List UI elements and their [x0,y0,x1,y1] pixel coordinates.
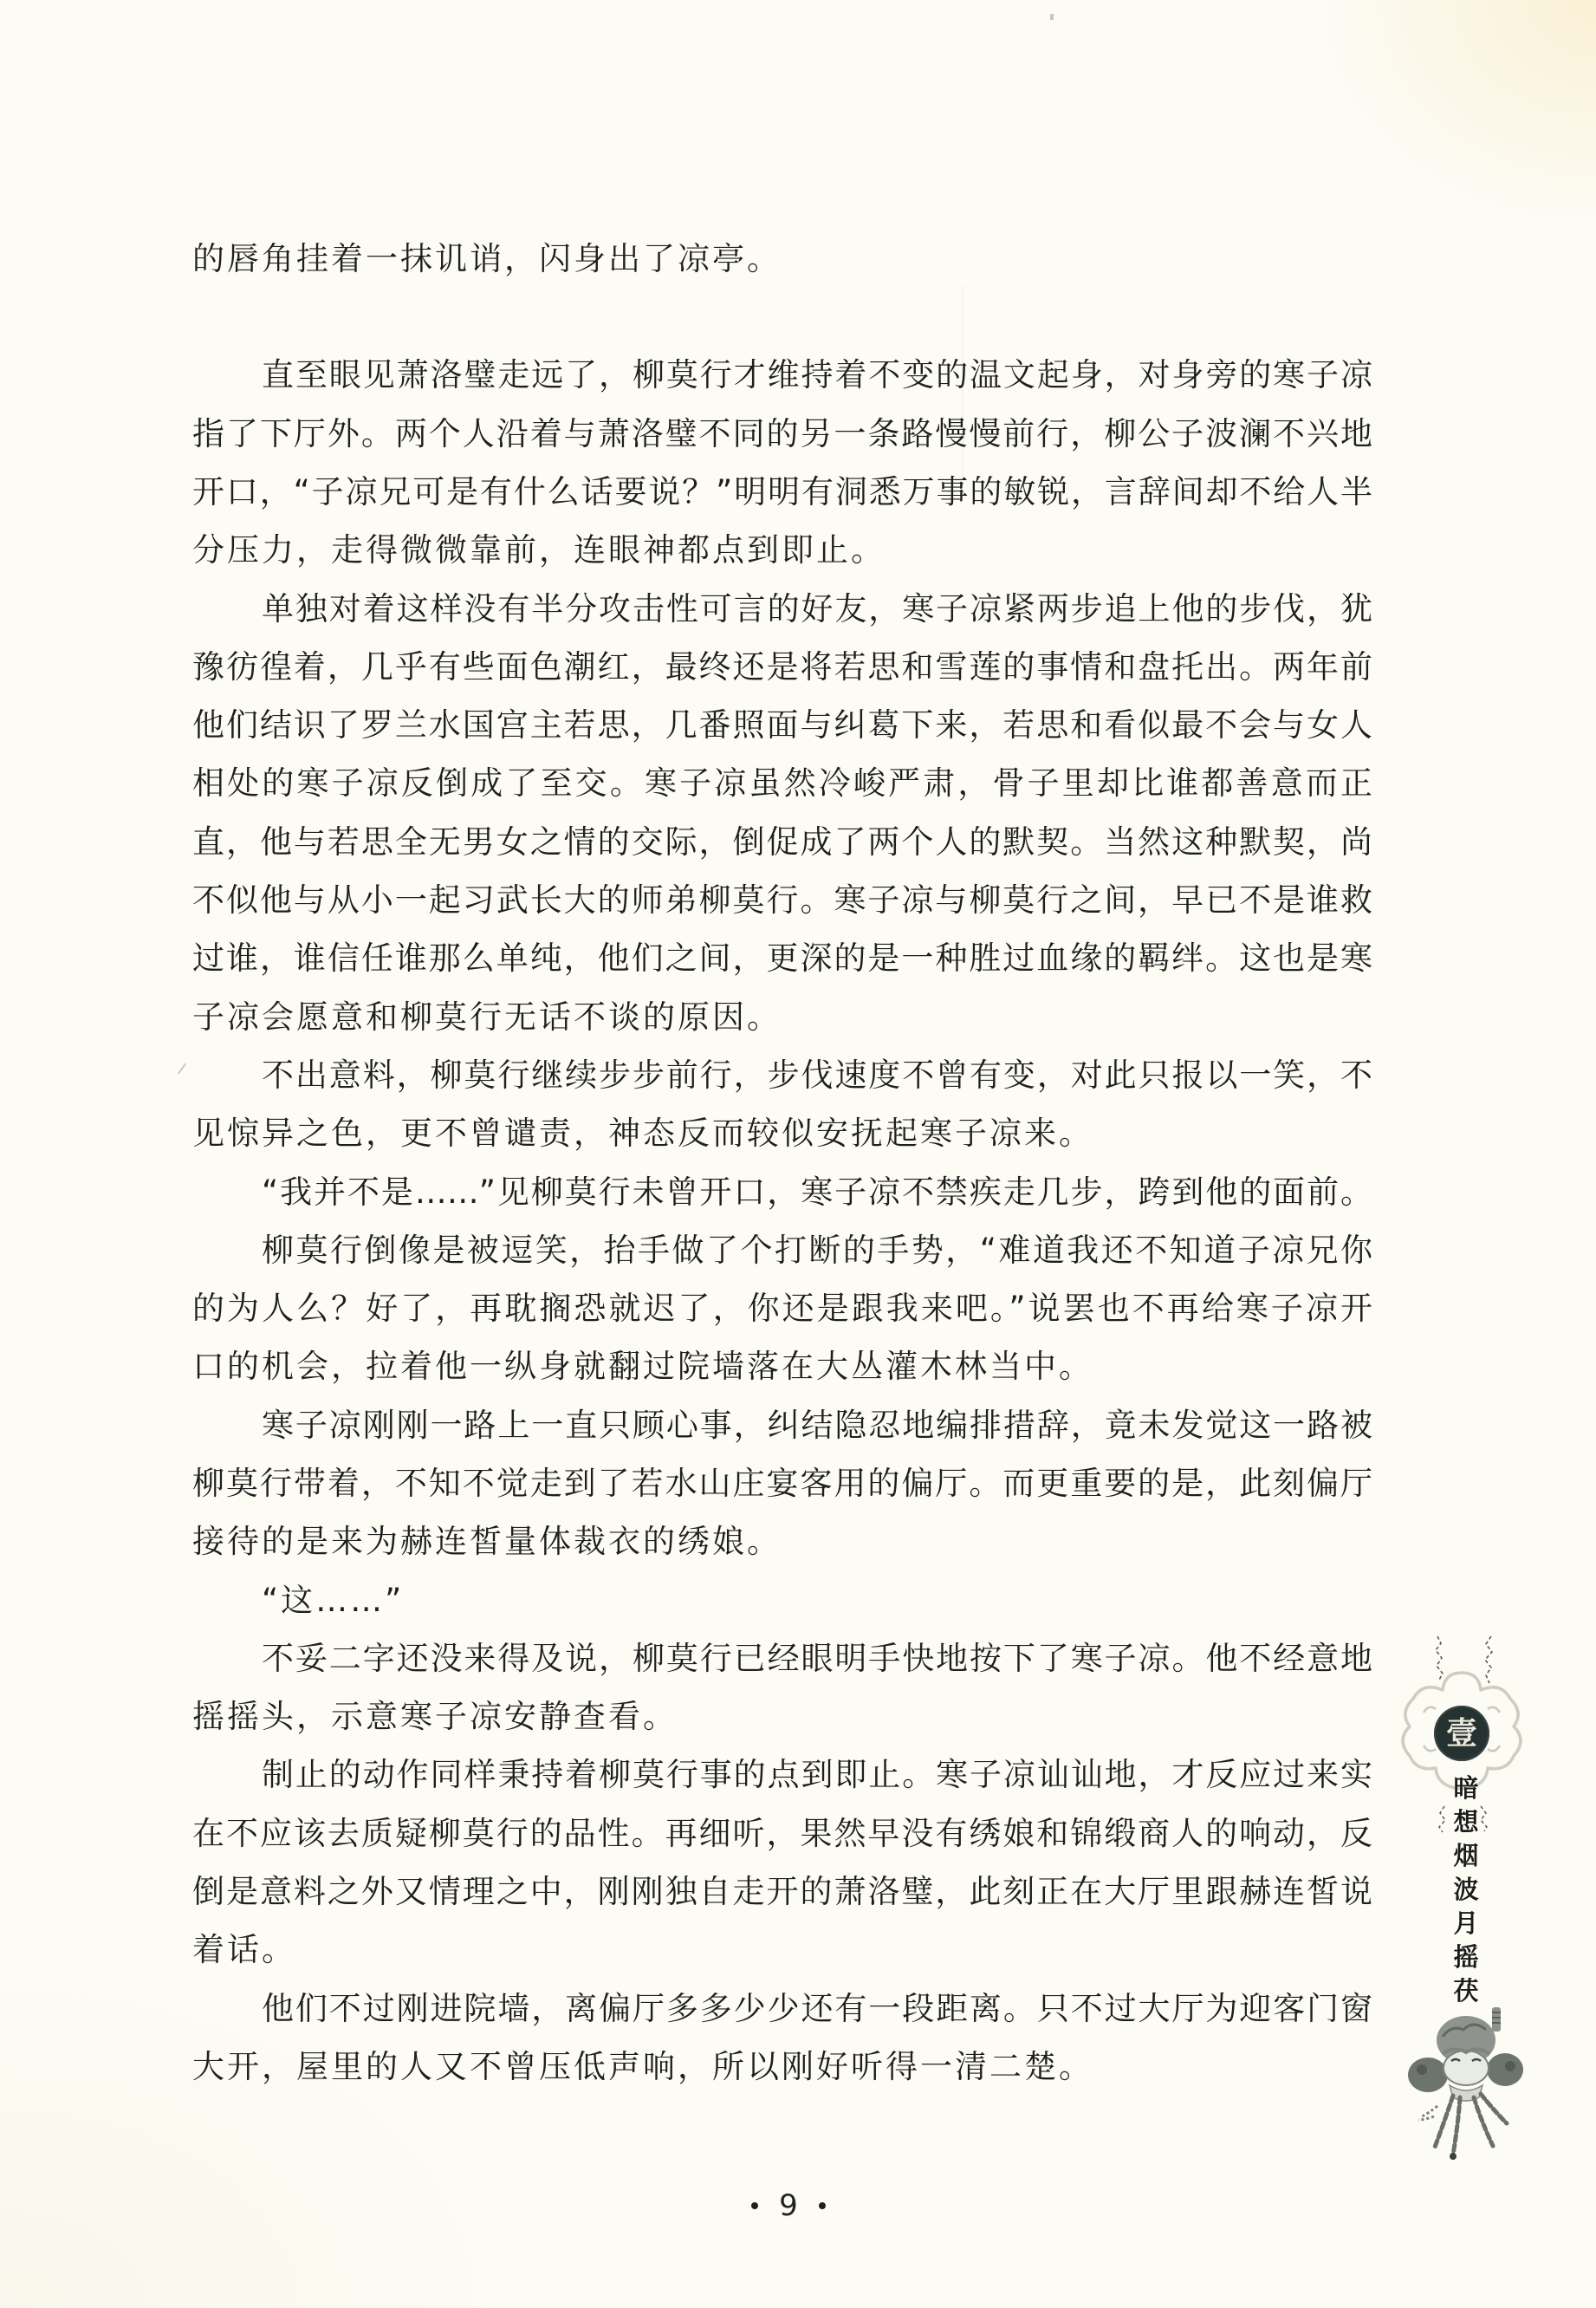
text-line: 着话。 [192,1921,1372,1979]
paragraph-gap [192,288,1372,346]
paragraph: 不妥二字还没来得及说，柳莫行已经眼明手快地按下了寒子凉。他不经意地 摇摇头，示意… [192,1629,1372,1746]
text-line: “我并不是……”见柳莫行未曾开口，寒子凉不禁疾走几步，跨到他的面前。 [192,1163,1372,1221]
title-char: 暗 [1448,1772,1484,1805]
text-line: 倒是意料之外又情理之中，刚刚独自走开的萧洛璧，此刻正在大厅里跟赫连皙说 [192,1863,1372,1921]
scan-speck [1050,14,1054,20]
text-line: 接待的是来为赫连皙量体裁衣的绣娘。 [192,1512,1372,1570]
paragraph: 柳莫行倒像是被逗笑，抬手做了个打断的手势，“难道我还不知道子凉兄你 的为人么？好… [192,1221,1372,1396]
book-title-vertical: 暗 想 烟 波 月 摇 茯 [1448,1772,1484,2008]
page-number: 9 [736,2184,840,2227]
text-line: 不出意料，柳莫行继续步步前行，步伐速度不曾有变，对此只报以一笑，不 [192,1046,1372,1104]
title-char: 摇 [1448,1941,1484,1974]
text-line: 指了下厅外。两个人沿着与萧洛璧不同的另一条路慢慢前行，柳公子波澜不兴地 [192,405,1372,463]
body-text: 的唇角挂着一抹讥诮，闪身出了凉亭。 直至眼见萧洛璧走远了，柳莫行才维持着不变的温… [192,230,1372,2097]
title-char: 想 [1448,1805,1484,1839]
text-line: 见惊异之色，更不曾谴责，神态反而较似安抚起寒子凉来。 [192,1104,1372,1162]
paragraph: 寒子凉刚刚一路上一直只顾心事，纠结隐忍地编排措辞，竟未发觉这一路被 柳莫行带着，… [192,1396,1372,1571]
bullet-dot-icon [751,2202,758,2209]
chapter-number-badge: 壹 [1434,1706,1489,1761]
text-line: 他们结识了罗兰水国宫主若思，几番照面与纠葛下来，若思和看似最不会与女人 [192,696,1372,754]
text-line: 不妥二字还没来得及说，柳莫行已经眼明手快地按下了寒子凉。他不经意地 [192,1629,1372,1687]
text-line: 过谁，谁信任谁那么单纯，他们之间，更深的是一种胜过血缘的羁绊。这也是寒 [192,929,1372,987]
text-line: 相处的寒子凉反倒成了至交。寒子凉虽然冷峻严肃，骨子里却比谁都善意而正 [192,754,1372,812]
text-line: 寒子凉刚刚一路上一直只顾心事，纠结隐忍地编排措辞，竟未发觉这一路被 [192,1396,1372,1454]
paragraph: 不出意料，柳莫行继续步步前行，步伐速度不曾有变，对此只报以一笑，不 见惊异之色，… [192,1046,1372,1163]
title-char: 烟 [1448,1839,1484,1873]
paragraph: 制止的动作同样秉持着柳莫行事的点到即止。寒子凉讪讪地，才反应过来实 在不应该去质… [192,1746,1372,1979]
paragraph: 单独对着这样没有半分攻击性可言的好友，寒子凉紧两步追上他的步伐，犹 豫彷徨着，几… [192,580,1372,1046]
paragraph: 直至眼见萧洛璧走远了，柳莫行才维持着不变的温文起身，对身旁的寒子凉 指了下厅外。… [192,346,1372,579]
text-line: 的为人么？好了，再耽搁恐就迟了，你还是跟我来吧。”说罢也不再给寒子凉开 [192,1279,1372,1337]
text-line: 柳莫行带着，不知不觉走到了若水山庄宴客用的偏厅。而更重要的是，此刻偏厅 [192,1454,1372,1512]
text-line: 大开，屋里的人又不曾压低声响，所以刚好听得一清二楚。 [192,2038,1372,2096]
bullet-dot-icon [819,2202,826,2209]
text-line: 口的机会，拉着他一纵身就翻过院墙落在大丛灌木林当中。 [192,1337,1372,1395]
text-line: 子凉会愿意和柳莫行无话不谈的原因。 [192,988,1372,1046]
text-line: 单独对着这样没有半分攻击性可言的好友，寒子凉紧两步追上他的步伐，犹 [192,580,1372,638]
paragraph: 的唇角挂着一抹讥诮，闪身出了凉亭。 [192,230,1372,288]
paragraph: “我并不是……”见柳莫行未曾开口，寒子凉不禁疾走几步，跨到他的面前。 [192,1163,1372,1221]
text-line: 的唇角挂着一抹讥诮，闪身出了凉亭。 [192,230,1372,288]
text-line: 在不应该去质疑柳莫行的品性。再细听，果然早没有绣娘和锦缎商人的响动，反 [192,1804,1372,1863]
paragraph: 他们不过刚进院墙，离偏厅多多少少还有一段距离。只不过大厅为迎客门窗 大开，屋里的… [192,1980,1372,2097]
text-line: 他们不过刚进院墙，离偏厅多多少少还有一段距离。只不过大厅为迎客门窗 [192,1980,1372,2038]
text-line: 柳莫行倒像是被逗笑，抬手做了个打断的手势，“难道我还不知道子凉兄你 [192,1221,1372,1279]
text-line: “这……” [192,1571,1372,1629]
text-line: 摇摇头，示意寒子凉安静查看。 [192,1687,1372,1746]
text-line: 不似他与从小一起习武长大的师弟柳莫行。寒子凉与柳莫行之间，早已不是谁救 [192,871,1372,929]
chibi-girl-illustration-icon [1399,2002,1529,2167]
title-char: 波 [1448,1873,1484,1907]
scan-speck [178,1063,186,1075]
paragraph: “这……” [192,1571,1372,1629]
text-line: 直，他与若思全无男女之情的交际，倒促成了两个人的默契。当然这种默契，尚 [192,813,1372,871]
text-line: 制止的动作同样秉持着柳莫行事的点到即止。寒子凉讪讪地，才反应过来实 [192,1746,1372,1804]
text-line: 开口，“子凉兄可是有什么话要说？”明明有洞悉万事的敏锐，言辞间却不给人半 [192,463,1372,521]
text-line: 豫彷徨着，几乎有些面色潮红，最终还是将若思和雪莲的事情和盘托出。两年前 [192,638,1372,696]
page-number-value: 9 [779,2184,798,2227]
text-line: 直至眼见萧洛璧走远了，柳莫行才维持着不变的温文起身，对身旁的寒子凉 [192,346,1372,404]
title-char: 月 [1448,1907,1484,1941]
text-line: 分压力，走得微微靠前，连眼神都点到即止。 [192,521,1372,579]
